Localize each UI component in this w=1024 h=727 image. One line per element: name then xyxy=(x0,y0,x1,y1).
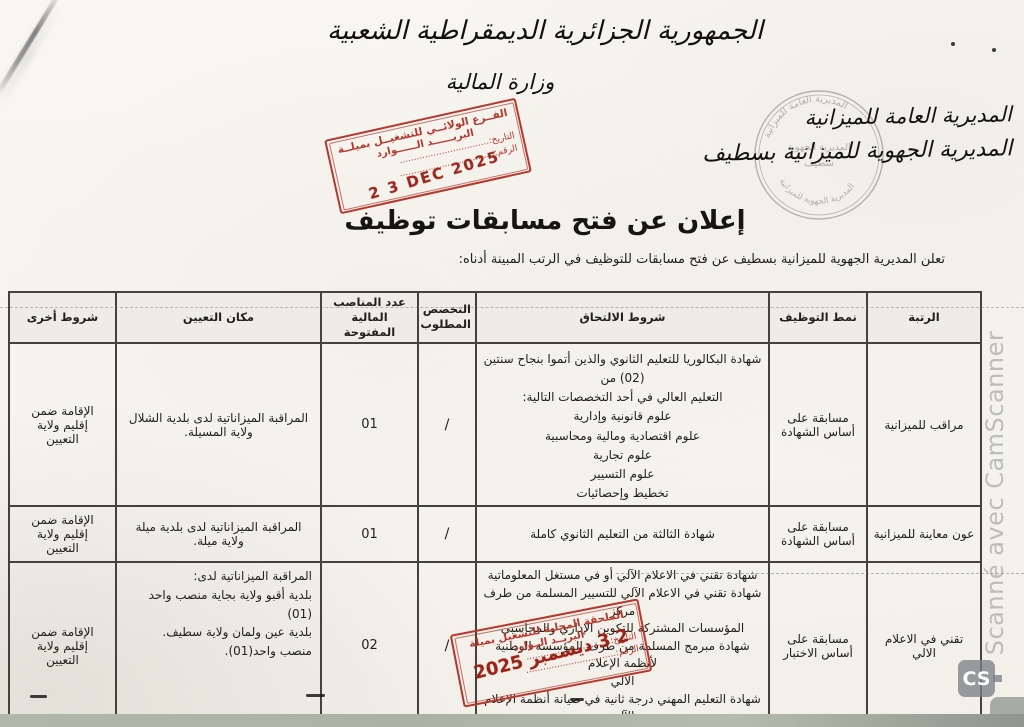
directorate-handwritten-block: المديرية العامة للميزانية المديرية الجهو… xyxy=(701,97,1012,172)
republic-header-line: الجمهورية الجزائرية الديمقراطية الشعبية xyxy=(66,16,1024,46)
other-conditions-cell: الإقامة ضمن إقليم ولاية التعيين xyxy=(9,343,116,507)
positions-cell: 01 xyxy=(321,343,418,507)
ink-dot xyxy=(992,48,996,52)
pen-dash xyxy=(30,695,47,698)
location-cell: المراقبة الميزاناتية لدى بلدية الشلال ول… xyxy=(116,343,321,507)
paper-crease-shadow xyxy=(0,1,63,111)
incoming-mail-stamp-top: الفــرع الولائــي للتشغيــل بميلــة البر… xyxy=(324,98,532,215)
positions-cell: 02 xyxy=(321,562,418,727)
conditions-cell: شهادة البكالوريا للتعليم الثانوي والذين … xyxy=(476,343,769,507)
rank-cell: عون معاينة للميزانية xyxy=(867,506,981,562)
scanned-document-page: الجمهورية الجزائرية الديمقراطية الشعبية … xyxy=(0,0,1024,727)
scan-fold-line-top xyxy=(0,307,1024,308)
specialty-cell: / xyxy=(418,506,476,562)
positions-cell: 01 xyxy=(321,506,418,562)
pen-dash xyxy=(306,694,325,697)
pen-dash xyxy=(570,698,584,701)
header-admission-conditions: شروط الالتحاق xyxy=(476,292,769,343)
mode-cell: مسابقة على أساس الاختبار xyxy=(769,562,867,727)
table-row: مراقب للميزانية مسابقة على أساس الشهادة … xyxy=(9,343,981,507)
conditions-cell: شهادة الثالثة من التعليم الثانوي كاملة xyxy=(476,506,769,562)
header-rank: الرتبة xyxy=(867,292,981,343)
rank-cell: مراقب للميزانية xyxy=(867,343,981,507)
rank-cell: تقني في الاعلام الالي xyxy=(867,562,981,727)
specialty-cell: / xyxy=(418,343,476,507)
other-conditions-cell: الإقامة ضمن إقليم ولاية التعيين xyxy=(9,562,116,727)
camscanner-watermark: Scanné avec CamScanner xyxy=(981,326,1009,660)
scan-fold-line-bottom xyxy=(616,573,1024,574)
mode-cell: مسابقة على أساس الشهادة xyxy=(769,506,867,562)
scan-edge-strip xyxy=(0,714,1024,727)
camscanner-logo: CS xyxy=(958,660,995,697)
location-cell: المراقبة الميزاناتية لدى بلدية ميلة ولاي… xyxy=(116,506,321,562)
announcement-intro-text: تعلن المديرية الجهوية للميزانية بسطيف عن… xyxy=(459,252,945,267)
header-assignment-place: مكان التعيين xyxy=(116,292,321,343)
table-row: عون معاينة للميزانية مسابقة على أساس الش… xyxy=(9,506,981,562)
header-recruitment-mode: نمط التوظيف xyxy=(769,292,867,343)
header-required-specialty: التخصص المطلوب xyxy=(418,292,476,343)
directorate-general-line: المديرية العامة للميزانية xyxy=(719,97,1012,136)
mode-cell: مسابقة على أساس الشهادة xyxy=(769,343,867,507)
header-open-positions: عدد المناصب المالية المفتوحة xyxy=(321,292,418,343)
location-cell: المراقبة الميزاناتية لدى: بلدية أقبو ولا… xyxy=(116,562,321,727)
header-other-conditions: شروط أخرى xyxy=(9,292,116,343)
svg-text:المديرية الجهوية للميزانية: المديرية الجهوية للميزانية xyxy=(777,177,857,207)
table-header-row: الرتبة نمط التوظيف شروط الالتحاق التخصص … xyxy=(9,292,981,343)
directorate-regional-line: المديرية الجهوية للميزانية بسطيف xyxy=(702,131,1013,172)
round-stamp-arc-bottom-text: المديرية الجهوية للميزانية xyxy=(777,177,857,207)
ink-dot xyxy=(951,42,955,46)
other-conditions-cell: الإقامة ضمن إقليم ولاية التعيين xyxy=(9,506,116,562)
